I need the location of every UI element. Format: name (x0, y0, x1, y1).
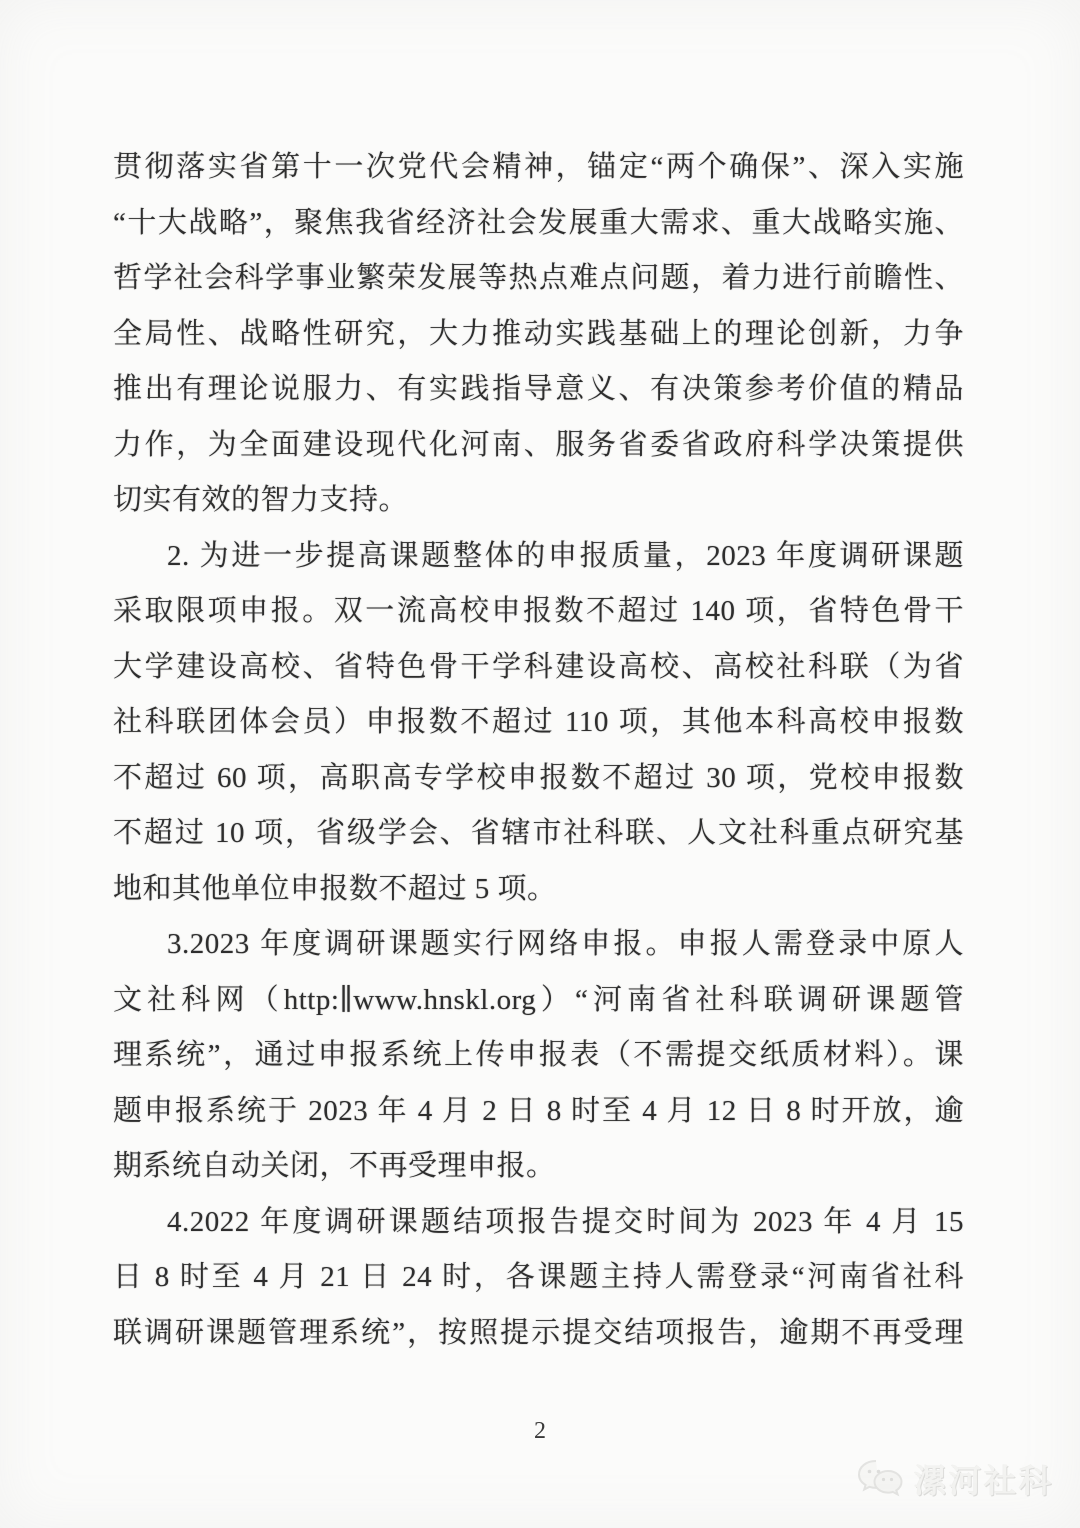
body-text: 贯彻落实省第十一次党代会精神，锚定“两个确保”、深入实施 “十大战略”，聚焦我省… (113, 140, 964, 1361)
text-line: 4.2022 年度调研课题结项报告提交时间为 2023 年 4 月 15 (113, 1195, 964, 1251)
text-line: 题申报系统于 2023 年 4 月 2 日 8 时至 4 月 12 日 8 时开… (113, 1084, 964, 1140)
wechat-icon (857, 1458, 905, 1500)
text-line: 不超过 10 项，省级学会、省辖市社科联、人文社科重点研究基 (113, 806, 964, 862)
watermark: 漯河社科 (857, 1456, 1054, 1502)
text-line: 地和其他单位申报数不超过 5 项。 (113, 862, 964, 918)
text-line: 不超过 60 项，高职高专学校申报数不超过 30 项，党校申报数 (113, 751, 964, 807)
text-line: 采取限项申报。双一流高校申报数不超过 140 项，省特色骨干 (113, 584, 964, 640)
text-line: 文社科网（http:∥www.hnskl.org）“河南省社科联调研课题管 (113, 973, 964, 1029)
text-line: 理系统”，通过申报系统上传申报表（不需提交纸质材料）。课 (113, 1028, 964, 1084)
text-line: 贯彻落实省第十一次党代会精神，锚定“两个确保”、深入实施 (113, 140, 964, 196)
text-line: 2. 为进一步提高课题整体的申报质量，2023 年度调研课题 (113, 529, 964, 585)
text-line: 哲学社会科学事业繁荣发展等热点难点问题，着力进行前瞻性、 (113, 251, 964, 307)
text-line: 力作，为全面建设现代化河南、服务省委省政府科学决策提供 (113, 418, 964, 474)
watermark-label: 漯河社科 (914, 1456, 1054, 1502)
text-line: “十大战略”，聚焦我省经济社会发展重大需求、重大战略实施、 (113, 196, 964, 252)
text-line: 社科联团体会员）申报数不超过 110 项，其他本科高校申报数 (113, 695, 964, 751)
text-line: 3.2023 年度调研课题实行网络申报。申报人需登录中原人 (113, 917, 964, 973)
text-line: 期系统自动关闭，不再受理申报。 (113, 1139, 964, 1195)
document-page: 贯彻落实省第十一次党代会精神，锚定“两个确保”、深入实施 “十大战略”，聚焦我省… (0, 0, 1080, 1528)
text-line: 全局性、战略性研究，大力推动实践基础上的理论创新，力争 (113, 307, 964, 363)
text-line: 切实有效的智力支持。 (113, 473, 964, 529)
text-line: 推出有理论说服力、有实践指导意义、有决策参考价值的精品 (113, 362, 964, 418)
page-number: 2 (0, 1418, 1080, 1445)
text-line: 大学建设高校、省特色骨干学科建设高校、高校社科联（为省 (113, 640, 964, 696)
text-line: 联调研课题管理系统”，按照提示提交结项报告，逾期不再受理 (113, 1306, 964, 1362)
text-line: 日 8 时至 4 月 21 日 24 时，各课题主持人需登录“河南省社科 (113, 1250, 964, 1306)
